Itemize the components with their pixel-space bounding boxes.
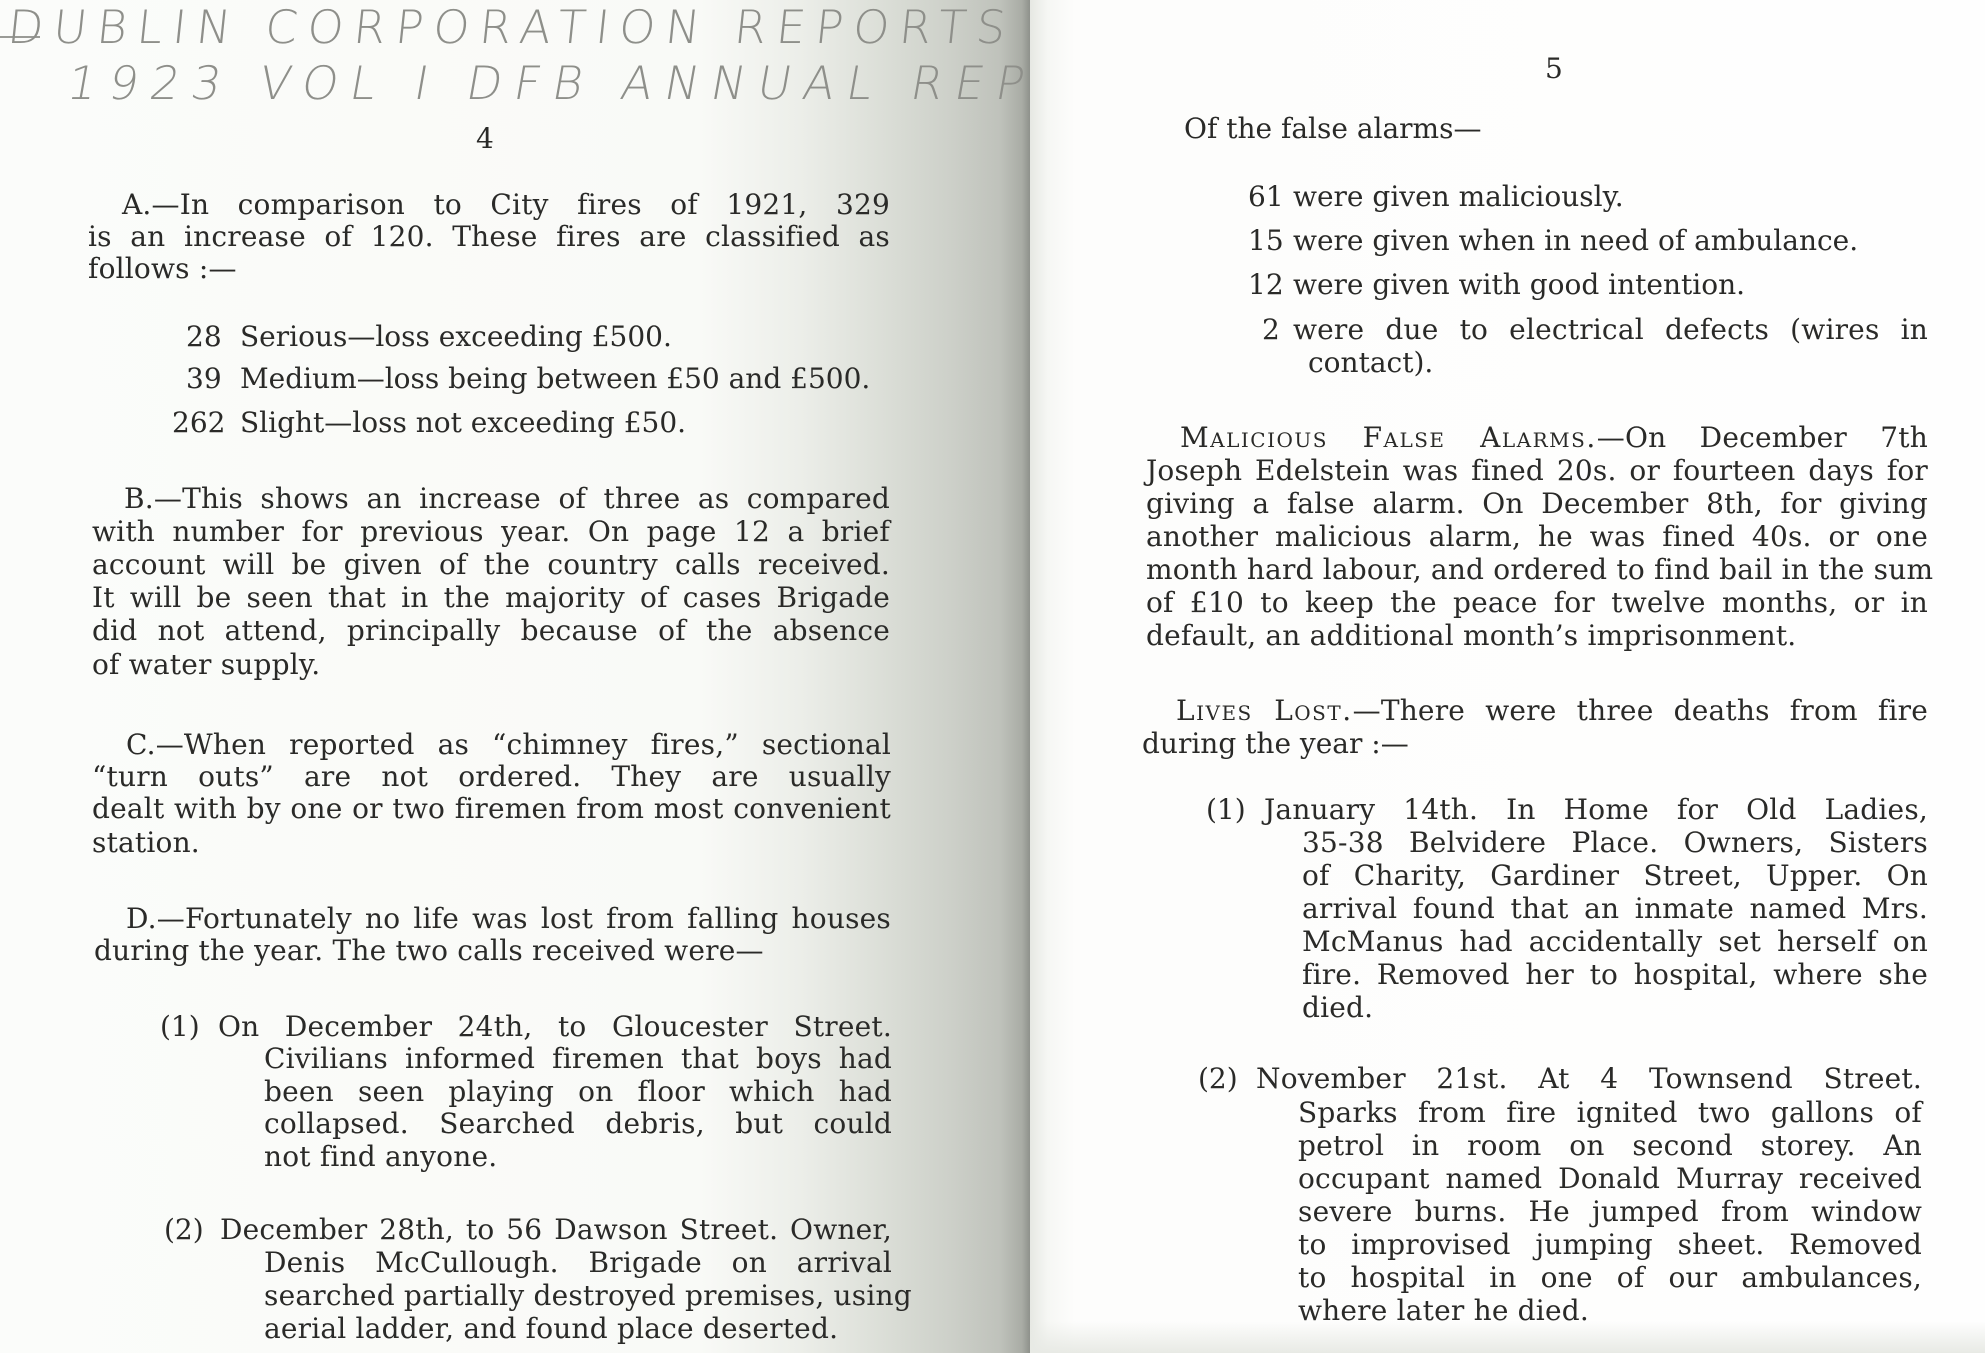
book-spread: DUBLIN CORPORATION REPORTS 1923 VOL I DF… — [0, 0, 1985, 1353]
section-heading-rest: —On December 7th — [1597, 421, 1928, 454]
call-line: not find anyone. — [264, 1140, 892, 1173]
call-line: been seen playing on floor which had — [264, 1075, 892, 1108]
right-page: 5 Of the false alarms— 61 were given mal… — [1030, 0, 1985, 1353]
case-line: occupant named Donald Murray received — [1298, 1162, 1922, 1195]
call-line: searched partially destroyed premises, u… — [264, 1279, 892, 1312]
case-line: petrol in room on second storey. An — [1298, 1129, 1922, 1162]
classification-count: 39 — [186, 362, 222, 395]
paragraph-line: D.—Fortunately no life was lost from fal… — [126, 902, 891, 935]
call-line: collapsed. Searched debris, but could — [264, 1107, 892, 1140]
handwritten-annotation-line-2: 1923 VOL I DFB ANNUAL REPORT — [63, 56, 1030, 110]
section-heading-line: Lives Lost.—There were three deaths from… — [1176, 694, 1928, 727]
left-page: DUBLIN CORPORATION REPORTS 1923 VOL I DF… — [0, 0, 1030, 1353]
case-marker: (1) — [1206, 793, 1246, 826]
section-heading: Malicious False Alarms. — [1180, 421, 1597, 454]
paragraph-line: giving a false alarm. On December 8th, f… — [1146, 487, 1928, 520]
page-number-left: 4 — [476, 122, 494, 155]
case-line: arrival found that an inmate named Mrs. — [1302, 892, 1928, 925]
classification-text: Slight—loss not exceeding £50. — [240, 406, 686, 439]
call-line: Civilians informed firemen that boys had — [264, 1042, 892, 1075]
paragraph-line: Joseph Edelstein was fined 20s. or fourt… — [1146, 454, 1928, 487]
paragraph-line: B.—This shows an increase of three as co… — [124, 482, 890, 515]
paragraph-line: during the year :— — [1142, 727, 1409, 760]
case-line: to improvised jumping sheet. Removed — [1298, 1228, 1922, 1261]
call-line: On December 24th, to Gloucester Street. — [218, 1010, 892, 1043]
paragraph-line: of water supply. — [92, 648, 890, 681]
case-line: McManus had accidentally set herself on — [1302, 925, 1928, 958]
paragraph-line: another malicious alarm, he was fined 40… — [1146, 520, 1928, 553]
alarm-count: 12 — [1248, 268, 1284, 301]
case-line: died. — [1302, 991, 1928, 1024]
case-line: severe burns. He jumped from window — [1298, 1195, 1922, 1228]
case-line: fire. Removed her to hospital, where she — [1302, 958, 1928, 991]
alarm-text-continuation: contact). — [1308, 346, 1433, 379]
paragraph-line: of £10 to keep the peace for twelve mont… — [1146, 586, 1928, 619]
case-line: to hospital in one of our ambulances, — [1298, 1261, 1922, 1294]
section-heading-rest: —There were three deaths from fire — [1353, 694, 1928, 727]
paragraph-line: “turn outs” are not ordered. They are us… — [92, 760, 891, 793]
paragraph-line: with number for previous year. On page 1… — [92, 515, 890, 548]
false-alarms-intro: Of the false alarms— — [1184, 112, 1481, 145]
alarm-count: 15 — [1248, 224, 1284, 257]
classification-count: 28 — [186, 320, 222, 353]
paragraph-line: default, an additional month’s imprisonm… — [1146, 619, 1928, 652]
case-line: where later he died. — [1298, 1294, 1922, 1327]
alarm-count: 2 — [1262, 313, 1280, 346]
paragraph-line: It will be seen that in the majority of … — [92, 581, 890, 614]
alarm-text: were given with good intention. — [1293, 268, 1745, 301]
paragraph-line: during the year. The two calls received … — [94, 934, 891, 967]
classification-count: 262 — [172, 406, 225, 439]
paragraph-line: follows :— — [88, 252, 890, 285]
paragraph-line: month hard labour, and ordered to find b… — [1146, 553, 1928, 586]
case-marker: (2) — [1198, 1062, 1238, 1095]
alarm-text: were given when in need of ambulance. — [1293, 224, 1858, 257]
handwritten-annotation-line-1: DUBLIN CORPORATION REPORTS — [5, 0, 1018, 54]
case-line: 35-38 Belvidere Place. Owners, Sisters — [1302, 826, 1928, 859]
page-number-right: 5 — [1545, 52, 1563, 85]
case-line: Sparks from fire ignited two gallons of — [1298, 1096, 1922, 1129]
section-heading-line: Malicious False Alarms.—On December 7th — [1180, 421, 1928, 454]
paragraph-line: account will be given of the country cal… — [92, 548, 890, 581]
paragraph-line: C.—When reported as “chimney fires,” sec… — [126, 728, 891, 761]
section-heading: Lives Lost. — [1176, 694, 1353, 727]
call-line: aerial ladder, and found place deserted. — [264, 1312, 892, 1345]
classification-text: Serious—loss exceeding £500. — [240, 320, 672, 353]
paragraph-line: station. — [92, 826, 891, 859]
paragraph-line: dealt with by one or two firemen from mo… — [92, 792, 891, 825]
alarm-text: were given maliciously. — [1293, 180, 1624, 213]
case-line: January 14th. In Home for Old Ladies, — [1264, 793, 1928, 826]
paragraph-line: A.—In comparison to City fires of 1921, … — [122, 188, 890, 221]
paragraph-line: is an increase of 120. These fires are c… — [88, 220, 890, 253]
call-line: December 28th, to 56 Dawson Street. Owne… — [220, 1213, 892, 1246]
alarm-count: 61 — [1248, 180, 1284, 213]
alarm-text: were due to electrical defects (wires in — [1293, 313, 1928, 346]
classification-text: Medium—loss being between £50 and £500. — [240, 362, 870, 395]
paragraph-line: did not attend, principally because of t… — [92, 614, 890, 647]
call-line: Denis McCullough. Brigade on arrival — [264, 1246, 892, 1279]
call-marker: (2) — [164, 1213, 204, 1246]
case-line: of Charity, Gardiner Street, Upper. On — [1302, 859, 1928, 892]
case-line: November 21st. At 4 Townsend Street. — [1256, 1062, 1922, 1095]
call-marker: (1) — [160, 1010, 200, 1043]
